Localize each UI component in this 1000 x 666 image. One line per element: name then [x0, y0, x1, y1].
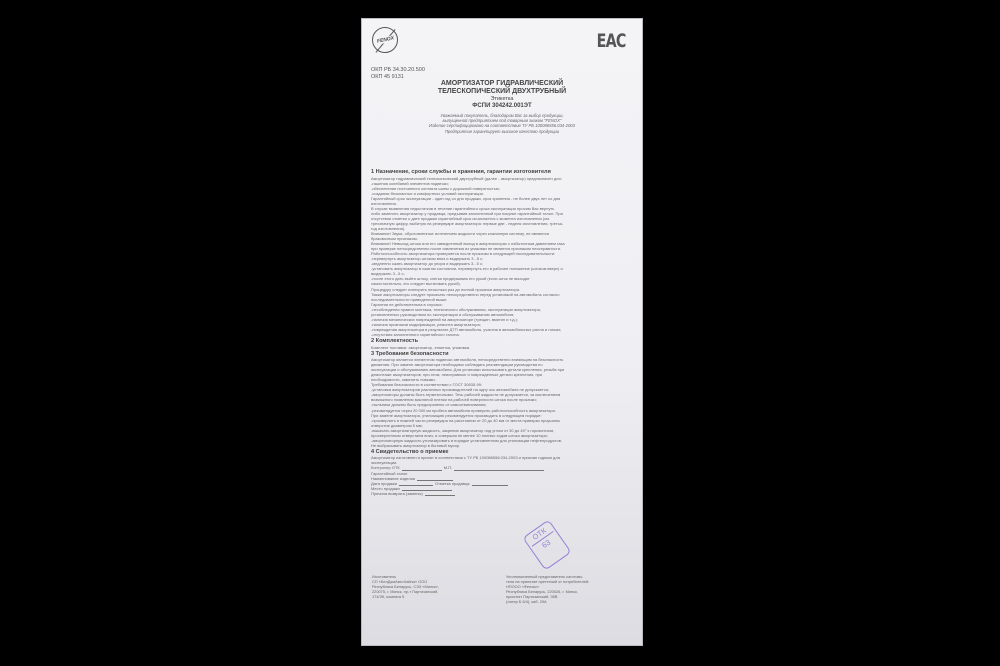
fenox-logo-icon: FENOX: [372, 27, 398, 53]
section-text-line: Не выбрасывать амортизатор в бытовой мус…: [371, 443, 633, 448]
qc-stamp: ОТК 63: [522, 519, 571, 570]
form-field-blank: [425, 491, 455, 496]
title-block: АМОРТИЗАТОР ГИДРАВЛИЧЕСКИЙ ТЕЛЕСКОПИЧЕСК…: [362, 80, 642, 134]
okp-codes: ОКП РБ 34.30.20.500 ОКП 45 9131: [371, 67, 425, 81]
logo-text: FENOX: [376, 35, 396, 45]
product-title-line: ТЕЛЕСКОПИЧЕСКИЙ ДВУХТРУБНЫЙ: [362, 88, 642, 96]
section-text-line: Комплект поставки: амортизатор, этикетка…: [371, 345, 633, 350]
representative-line: (литер Б 6/4), каб. 29А: [506, 599, 616, 604]
form-field-label: М.П.: [444, 465, 452, 470]
okp-code: ОКП РБ 34.30.20.500: [371, 67, 425, 74]
greeting: Уважаемый покупатель, благодарим Вас за …: [362, 113, 642, 134]
document-subtitle: Этикетка: [362, 96, 642, 103]
form-field-blank: [472, 481, 508, 486]
form-field-blank: [454, 466, 544, 471]
product-label-sheet: FENOX EAC ОКП РБ 34.30.20.500 ОКП 45 913…: [361, 18, 643, 646]
manufacturer-info: ИзготовительСП «БелДжиАвтоЧайна» ОООРесп…: [372, 574, 472, 599]
form-field-blank: [402, 466, 442, 471]
product-title-line: АМОРТИЗАТОР ГИДРАВЛИЧЕСКИЙ: [362, 80, 642, 88]
eac-certification-mark: EAC: [597, 30, 626, 52]
form-field: Причина возврата (замены): [371, 491, 633, 496]
greeting-line: Предприятие гарантирует высокое качество…: [362, 129, 642, 134]
representative-info: Уполномоченный представитель изготови-те…: [506, 574, 616, 604]
document-body: 1 Назначение, сроки службы и хранения, г…: [371, 168, 633, 496]
section-text-line: -отсутствия заполненного гарантийного та…: [371, 332, 633, 337]
form-field-label: Причина возврата (замены): [371, 491, 423, 496]
manufacturer-line: 174/ЗК, комната 5: [372, 594, 472, 599]
document-code: ФСПИ 304242.001ЭТ: [362, 103, 642, 110]
